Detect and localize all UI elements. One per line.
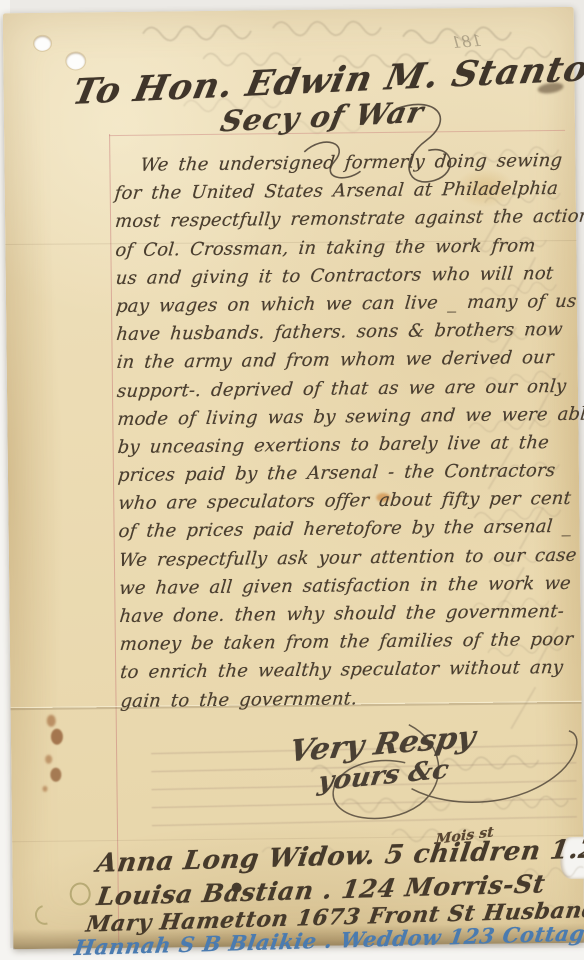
rust-stain bbox=[42, 786, 47, 792]
mirrored-bleed-number: 181 bbox=[450, 31, 482, 52]
stain-ring-partial bbox=[31, 901, 58, 928]
punch-hole bbox=[66, 52, 85, 69]
rust-stain bbox=[47, 715, 56, 727]
letter-body: We the undersigned formerly doing sewing… bbox=[114, 147, 584, 716]
rust-stain bbox=[50, 768, 61, 782]
rust-stain bbox=[51, 729, 63, 745]
stain-ring bbox=[70, 882, 91, 905]
rust-stain bbox=[45, 755, 52, 764]
letter-page: 181 To Hon. Edwin M. Stanton Secy of War… bbox=[3, 7, 584, 949]
punch-hole bbox=[34, 36, 51, 51]
letter-body-line: in the army and from whom we derived our bbox=[115, 344, 584, 378]
document-scan: 181 To Hon. Edwin M. Stanton Secy of War… bbox=[0, 0, 584, 960]
letter-body-line: gain to the government. bbox=[119, 682, 584, 716]
